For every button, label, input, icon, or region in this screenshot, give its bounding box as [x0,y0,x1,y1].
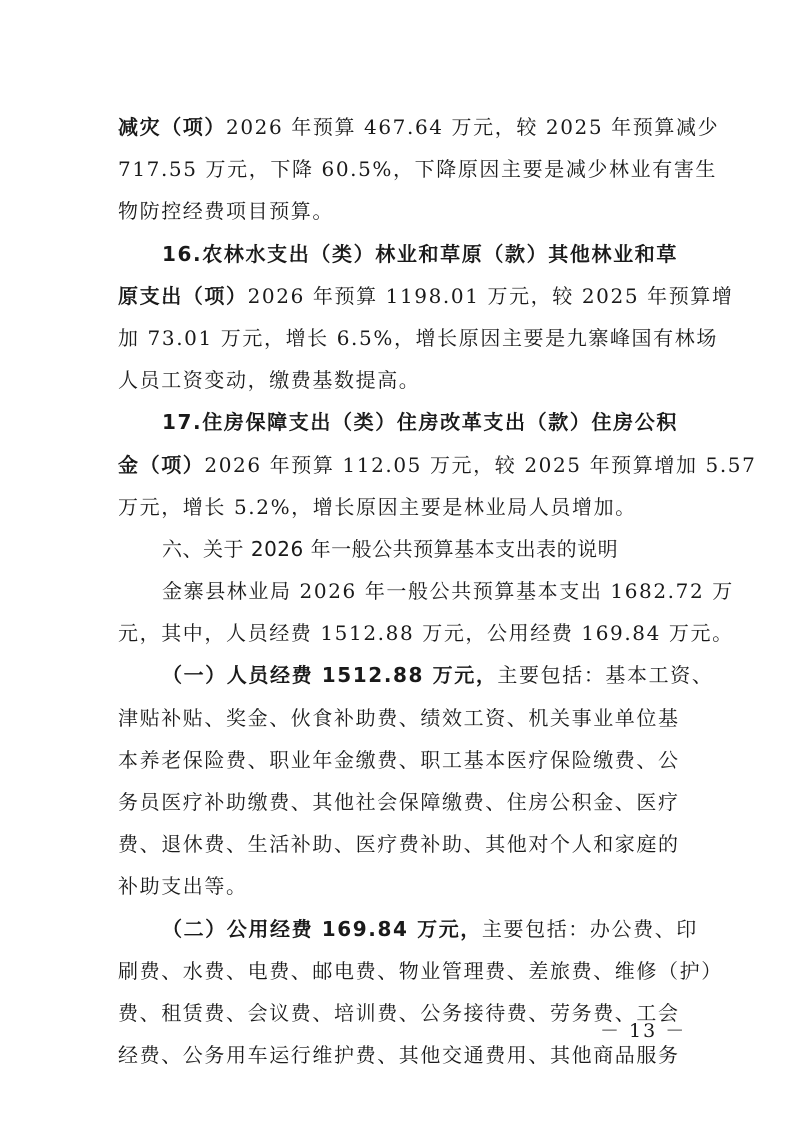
text-line: 本养老保险费、职业年金缴费、职工基本医疗保险缴费、公 [118,739,678,781]
text-line: 减灾（项）2026 年预算 467.64 万元，较 2025 年预算减少 [118,106,678,148]
bold-run: 减灾（项） [118,115,226,139]
personnel-heading: （一）人员经费 1512.88 万元， [162,663,497,687]
item-heading-16: 16.农林水支出（类）林业和草原（款）其他林业和草 [118,233,678,275]
bold-run: 原支出（项） [118,284,248,308]
public-heading: （二）公用经费 169.84 万元， [162,917,482,941]
text-line: 津贴补贴、奖金、伙食补助费、绩效工资、机关事业单位基 [118,697,678,739]
text-line: 金（项）2026 年预算 112.05 万元，较 2025 年预算增加 5.57 [118,444,678,486]
text-line: 金寨县林业局 2026 年一般公共预算基本支出 1682.72 万 [118,570,678,612]
text-line: 费、退休费、生活补助、医疗费补助、其他对个人和家庭的 [118,823,678,865]
text-run: 2026 年预算 112.05 万元，较 2025 年预算增加 5.57 [204,453,756,477]
text-line: 人员工资变动，缴费基数提高。 [118,359,678,401]
section-heading: 六、关于 2026 年一般公共预算基本支出表的说明 [118,528,678,570]
text-line: 经费、公务用车运行维护费、其他交通费用、其他商品服务 [118,1034,678,1076]
text-run: 主要包括：基本工资、 [497,663,713,687]
text-line: （一）人员经费 1512.88 万元，主要包括：基本工资、 [118,654,678,696]
text-line: 补助支出等。 [118,865,678,907]
text-line: 717.55 万元，下降 60.5%，下降原因主要是减少林业有害生 [118,148,678,190]
item-heading-17: 17.住房保障支出（类）住房改革支出（款）住房公积 [118,401,678,443]
text-line: 加 73.01 万元，增长 6.5%，增长原因主要是九寨峰国有林场 [118,317,678,359]
bold-run: 金（项） [118,453,204,477]
text-line: 刷费、水费、电费、邮电费、物业管理费、差旅费、维修（护） [118,950,678,992]
text-line: 务员医疗补助缴费、其他社会保障缴费、住房公积金、医疗 [118,781,678,823]
document-body: 减灾（项）2026 年预算 467.64 万元，较 2025 年预算减少 717… [118,106,678,1076]
text-line: 费、租赁费、会议费、培训费、公务接待费、劳务费、工会 [118,992,678,1034]
text-line: 原支出（项）2026 年预算 1198.01 万元，较 2025 年预算增 [118,275,678,317]
text-line: （二）公用经费 169.84 万元，主要包括：办公费、印 [118,908,678,950]
text-line: 万元，增长 5.2%，增长原因主要是林业局人员增加。 [118,486,678,528]
text-line: 物防控经费项目预算。 [118,190,678,232]
text-run: 主要包括：办公费、印 [482,917,698,941]
text-line: 元，其中，人员经费 1512.88 万元，公用经费 169.84 万元。 [118,612,678,654]
text-run: 2026 年预算 1198.01 万元，较 2025 年预算增 [248,284,734,308]
page-number: － 13 － [600,1016,686,1043]
text-run: 2026 年预算 467.64 万元，较 2025 年预算减少 [226,115,719,139]
